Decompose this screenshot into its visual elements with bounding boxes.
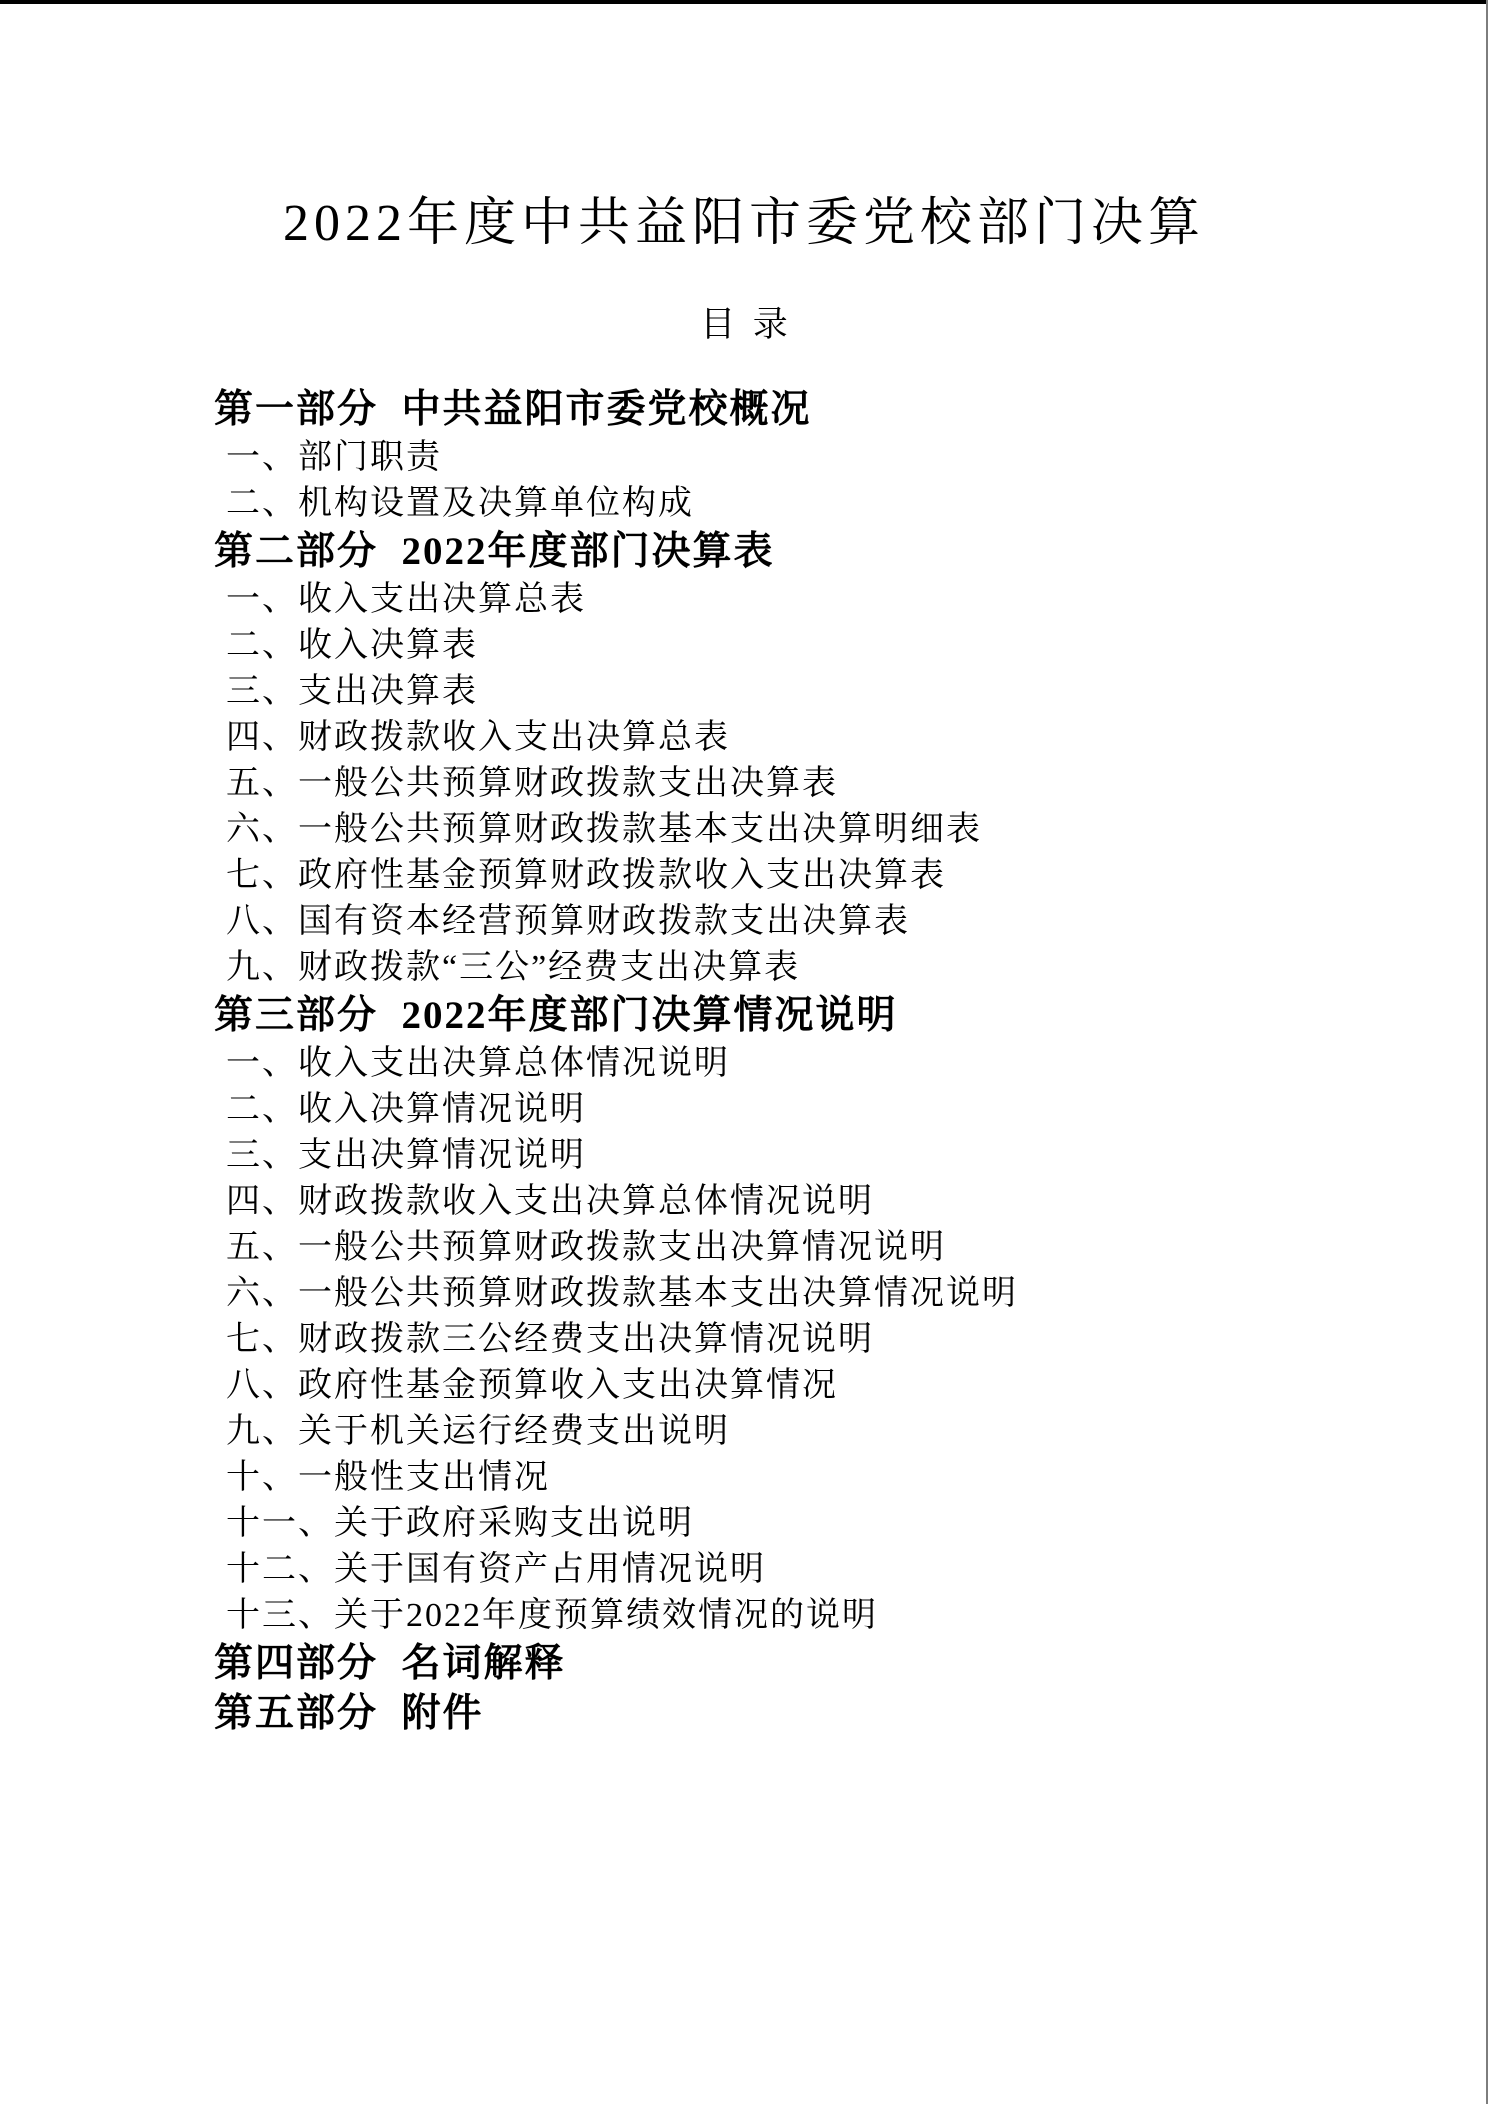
toc-item: 二、收入决算表	[0, 623, 1488, 669]
table-of-contents: 第一部分 中共益阳市委党校概况 一、部门职责 二、机构设置及决算单位构成 第二部…	[0, 385, 1488, 1739]
toc-item: 八、政府性基金预算收入支出决算情况	[0, 1363, 1488, 1409]
document-title: 2022年度中共益阳市委党校部门决算	[0, 180, 1488, 255]
toc-heading: 目 录	[0, 297, 1488, 347]
toc-item: 十一、关于政府采购支出说明	[0, 1501, 1488, 1547]
toc-section-heading-part1: 第一部分 中共益阳市委党校概况	[0, 385, 1488, 435]
toc-item: 七、财政拨款三公经费支出决算情况说明	[0, 1317, 1488, 1363]
toc-item: 三、支出决算表	[0, 669, 1488, 715]
toc-item: 四、财政拨款收入支出决算总体情况说明	[0, 1179, 1488, 1225]
toc-section-heading-part4: 第四部分 名词解释	[0, 1639, 1488, 1689]
toc-section-heading-part3: 第三部分 2022年度部门决算情况说明	[0, 991, 1488, 1041]
toc-section-heading-part5: 第五部分 附件	[0, 1689, 1488, 1739]
toc-item: 一、收入支出决算总表	[0, 577, 1488, 623]
document-page: 2022年度中共益阳市委党校部门决算 目 录 第一部分 中共益阳市委党校概况 一…	[0, 0, 1488, 2104]
page-top-edge-line	[0, 0, 1488, 4]
toc-item: 六、一般公共预算财政拨款基本支出决算明细表	[0, 807, 1488, 853]
toc-item: 八、国有资本经营预算财政拨款支出决算表	[0, 899, 1488, 945]
toc-item: 一、部门职责	[0, 435, 1488, 481]
toc-item: 五、一般公共预算财政拨款支出决算情况说明	[0, 1225, 1488, 1271]
toc-item: 六、一般公共预算财政拨款基本支出决算情况说明	[0, 1271, 1488, 1317]
toc-item: 二、收入决算情况说明	[0, 1087, 1488, 1133]
toc-item: 十、一般性支出情况	[0, 1455, 1488, 1501]
toc-item: 三、支出决算情况说明	[0, 1133, 1488, 1179]
toc-item: 九、财政拨款“三公”经费支出决算表	[0, 945, 1488, 991]
toc-item: 四、财政拨款收入支出决算总表	[0, 715, 1488, 761]
toc-item: 九、关于机关运行经费支出说明	[0, 1409, 1488, 1455]
toc-item: 二、机构设置及决算单位构成	[0, 481, 1488, 527]
toc-section-heading-part2: 第二部分 2022年度部门决算表	[0, 527, 1488, 577]
toc-item: 十二、关于国有资产占用情况说明	[0, 1547, 1488, 1593]
toc-item: 一、收入支出决算总体情况说明	[0, 1041, 1488, 1087]
toc-item: 十三、关于2022年度预算绩效情况的说明	[0, 1593, 1488, 1639]
toc-item: 七、政府性基金预算财政拨款收入支出决算表	[0, 853, 1488, 899]
toc-item: 五、一般公共预算财政拨款支出决算表	[0, 761, 1488, 807]
